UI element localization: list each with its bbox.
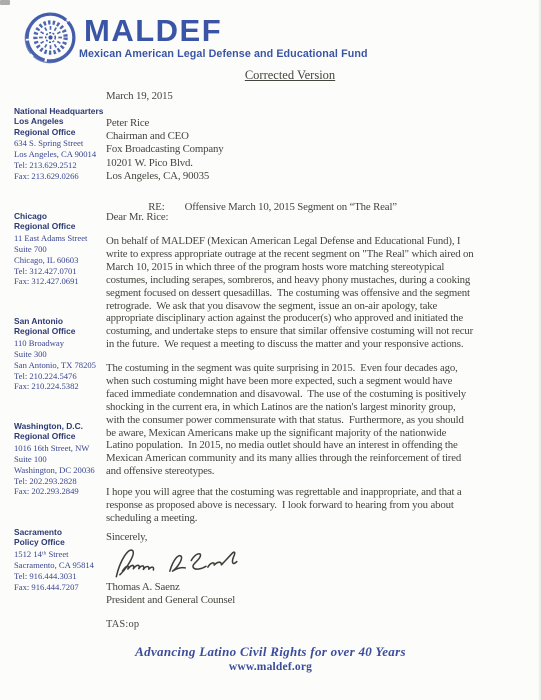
office-name: National Headquarters Los Angeles Region… (14, 106, 116, 137)
office-details: 1016 16th Street, NW Suite 100 Washingto… (14, 443, 116, 498)
sidebar-office-san-antonio: San Antonio Regional Office 110 Broadway… (14, 316, 116, 392)
letter-paragraph-2: The costuming in the segment was quite s… (106, 362, 536, 478)
maldef-seal-icon (23, 9, 78, 71)
org-acronym: MALDEF (84, 13, 222, 49)
signer-name: Thomas A. Saenz (106, 581, 536, 594)
sidebar-office-national-headquarters: National Headquarters Los Angeles Region… (14, 106, 116, 182)
recipient-address: Peter Rice Chairman and CEO Fox Broadcas… (106, 117, 536, 183)
letter-paragraph-3: I hope you will agree that the costuming… (106, 486, 536, 525)
office-details: 1512 14ᵗʰ Street Sacramento, CA 95814 Te… (14, 549, 116, 593)
sidebar-office-chicago: Chicago Regional Office 11 East Adams St… (14, 211, 116, 287)
office-name: Sacramento Policy Office (14, 527, 116, 548)
office-name: Chicago Regional Office (14, 211, 116, 232)
footer-website: www.maldef.org (0, 661, 541, 673)
letter-page: MALDEF Mexican American Legal Defense an… (0, 0, 541, 700)
signer-title: President and General Counsel (106, 594, 536, 607)
scan-artifact (0, 0, 10, 5)
sidebar-office-washington-dc: Washington, D.C. Regional Office 1016 16… (14, 421, 116, 497)
reference-initials: TAS:op (106, 619, 536, 632)
letter-paragraph-1: On behalf of MALDEF (Mexican American Le… (106, 235, 536, 351)
salutation: Dear Mr. Rice: (106, 211, 536, 224)
letter-date: March 19, 2015 (106, 90, 536, 103)
office-details: 11 East Adams Street Suite 700 Chicago, … (14, 233, 116, 288)
footer-tagline: Advancing Latino Civil Rights for over 4… (0, 644, 541, 660)
sidebar-office-sacramento: Sacramento Policy Office 1512 14ᵗʰ Stree… (14, 527, 116, 592)
corrected-version-label: Corrected Version (110, 68, 470, 83)
office-details: 634 S. Spring Street Los Angeles, CA 900… (14, 138, 116, 182)
office-details: 110 Broadway Suite 300 San Antonio, TX 7… (14, 338, 116, 393)
office-name: Washington, D.C. Regional Office (14, 421, 116, 442)
org-full-name: Mexican American Legal Defense and Educa… (79, 48, 368, 60)
office-name: San Antonio Regional Office (14, 316, 116, 337)
